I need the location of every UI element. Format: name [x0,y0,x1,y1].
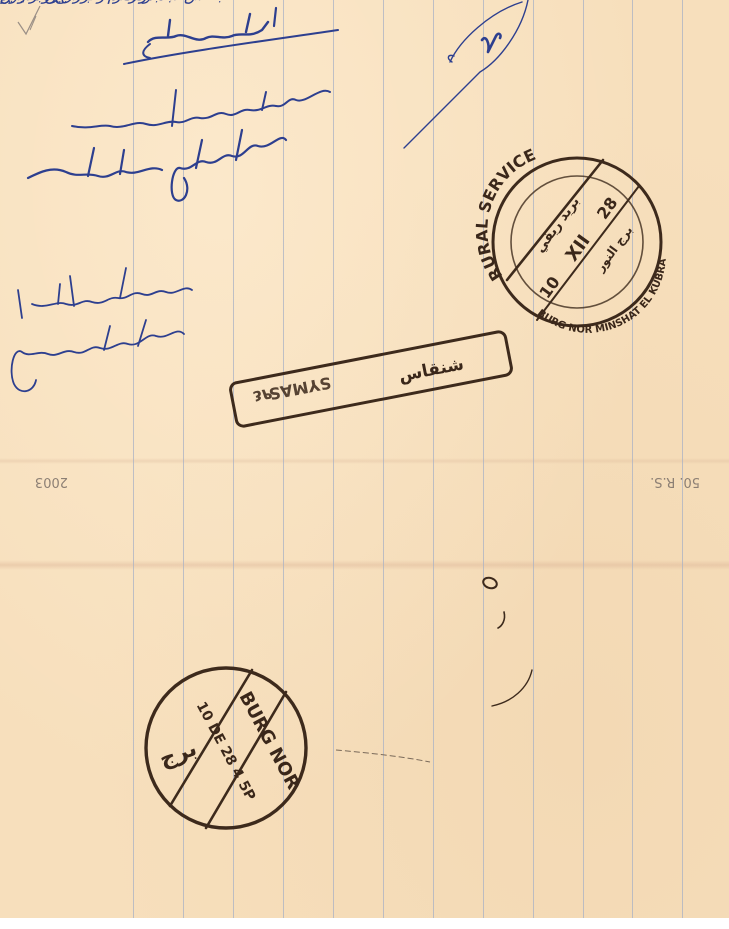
pencil-arc-marks [336,576,532,762]
handwritten-heading: المحسوم [0,0,338,64]
handwritten-top-mark: ٣ [0,0,528,148]
handstamp-number: ٩٤ [251,384,274,406]
rural-service-postmark: RURAL SERVICE BURG NOR MINSHAT EL KUBRA … [472,145,669,336]
pencil-note-rs: 50. R.S. [650,474,700,489]
postmark-top-arc-text: RURAL SERVICE [472,145,538,284]
postmark-month: XII [562,231,595,265]
handwritten-address: حضرة صاحب العزة رئيس لجنة السلم الأزرق ب… [0,0,330,201]
svg-text:RURAL SERVICE: RURAL SERVICE [472,145,538,284]
burg-nor-postmark: 10 DE 28 4 5P BURG NOR برج [146,668,306,828]
postmark-arabic-bottom: برج النور [592,223,636,275]
svg-text:50. R.S.: 50. R.S. [650,474,700,489]
handstamp-latin-text: SYMAS [267,373,332,404]
checkmark-icon [18,6,40,34]
handwritten-note: بمدرسة الصنافين الأولية بلقس سمنود مركز … [0,0,223,391]
postmark-day: 10 [535,273,563,302]
markings-layer: المحسوم حضرة صاحب العزة رئيس لجنة السلم … [0,0,729,929]
handstamp-arabic-text: شنقاس [397,354,465,386]
postmark-year: 28 [593,194,621,223]
svg-text:2003: 2003 [35,474,68,489]
pencil-number-2003: 2003 [35,474,68,489]
note-line-2: بلقس سمنود مركز السبع وبلقاس [0,0,223,4]
rectangular-handstamp: شنقاس SYMAS ٩٤ [229,331,512,428]
